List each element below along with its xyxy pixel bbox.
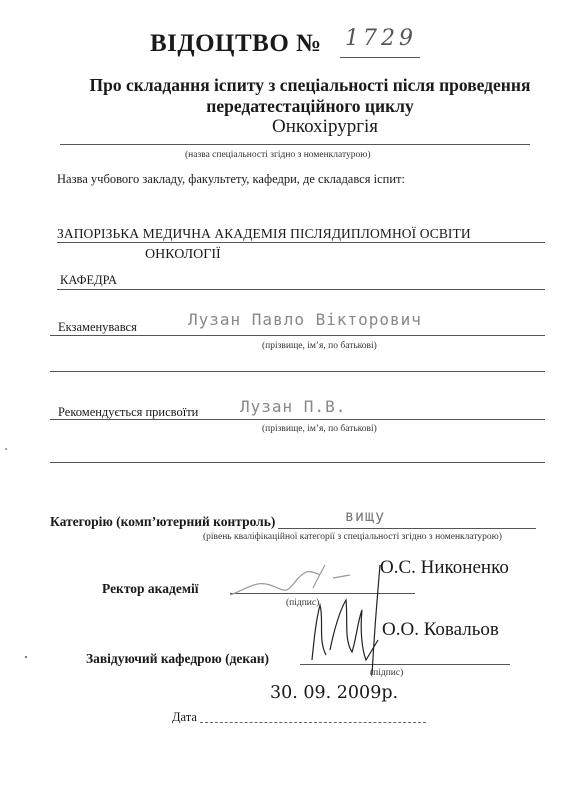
- head-name: О.О. Ковальов: [382, 619, 499, 641]
- recommended-label: Рекомендується присвоїти: [58, 405, 198, 420]
- blank-line-1: [50, 371, 545, 372]
- institution-line: [57, 242, 545, 243]
- specialty-hint: (назва спеціальності згідно з номенклату…: [185, 150, 371, 160]
- subtitle-line-1: Про складання іспиту з спеціальності піс…: [40, 75, 580, 96]
- date-value: 30. 09. 2009р.: [270, 683, 398, 703]
- institution-value: ЗАПОРІЗЬКА МЕДИЧНА АКАДЕМІЯ ПІСЛЯДИПЛОМН…: [57, 226, 471, 242]
- department-value: ОНКОЛОГІЇ: [145, 247, 221, 263]
- subtitle-line-2: передатестаційного циклу: [40, 96, 580, 117]
- certificate-title: ВІДОЦТВО №: [150, 30, 322, 58]
- date-line: [200, 722, 426, 723]
- specialty-value: Онкохірургія: [272, 116, 378, 138]
- category-line: [278, 528, 536, 529]
- recommended-name-hint: (прізвище, ім’я, по батькові): [262, 424, 377, 434]
- speck-mark: [5, 448, 7, 450]
- head-label: Завідуючий кафедрою (декан): [86, 651, 269, 667]
- category-value: вищу: [345, 507, 385, 525]
- speck-mark: [25, 656, 27, 658]
- date-label: Дата: [172, 710, 197, 725]
- category-hint: (рівень кваліфікаційної категорії з спец…: [203, 532, 502, 542]
- examined-name: Лузан Павло Вікторович: [188, 310, 422, 329]
- institution-label: Назва учбового закладу, факультету, кафе…: [57, 172, 405, 187]
- head-signature-icon: [300, 560, 390, 680]
- rector-label: Ректор академії: [102, 581, 199, 597]
- department-label: КАФЕДРА: [60, 273, 117, 288]
- examined-label: Екзаменувався: [58, 320, 137, 335]
- specialty-line: [60, 144, 530, 145]
- recommended-name: Лузан П.В.: [240, 397, 346, 416]
- examined-line: [50, 335, 545, 336]
- number-underline: [340, 57, 420, 58]
- examined-name-hint: (прізвище, ім’я, по батькові): [262, 341, 377, 351]
- rector-name: О.С. Никоненко: [380, 557, 509, 579]
- certificate-number: 1729: [345, 26, 417, 51]
- blank-line-2: [50, 462, 545, 463]
- recommended-line: [50, 419, 545, 420]
- category-label: Категорію (комп’ютерний контроль): [50, 514, 275, 530]
- department-line: [57, 289, 545, 290]
